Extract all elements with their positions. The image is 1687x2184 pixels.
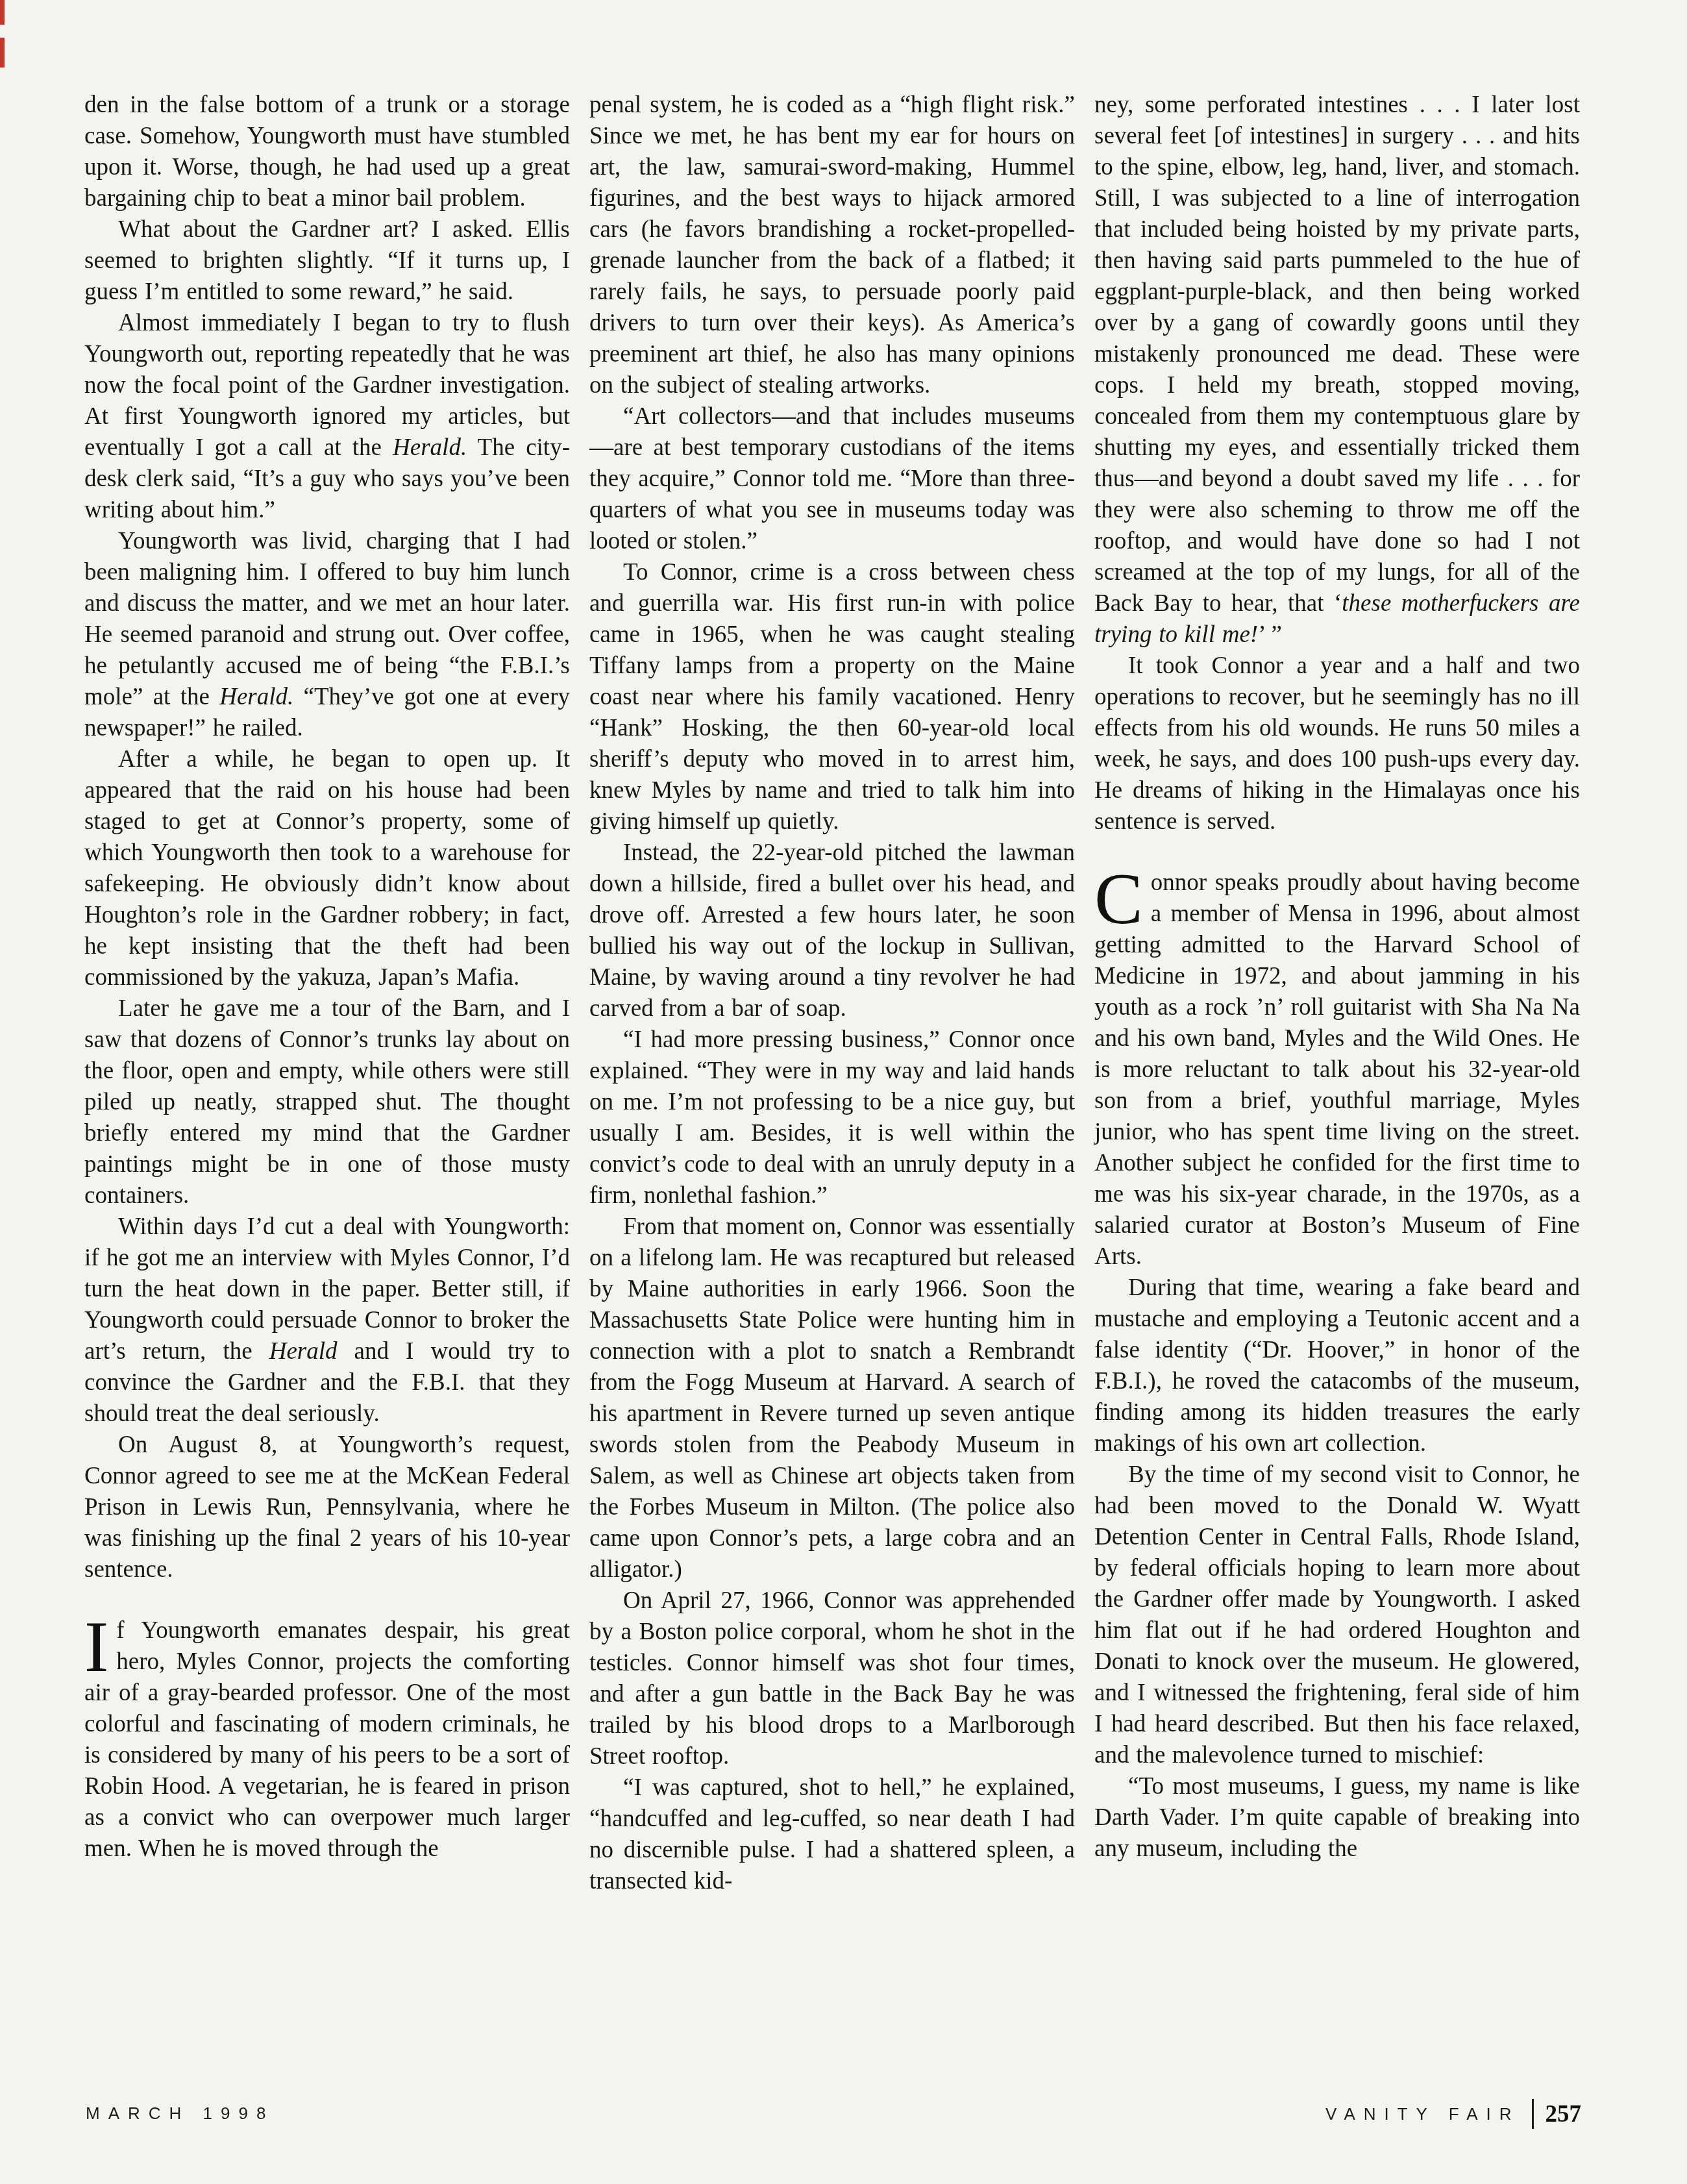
- footer-folio: VANITY FAIR 257: [1325, 2096, 1581, 2132]
- text-column-2: penal system, he is coded as a “high fli…: [589, 90, 1075, 1897]
- footer-brand: VANITY FAIR: [1325, 2104, 1524, 2124]
- footer-issue-date: MARCH 1998: [86, 2103, 274, 2124]
- magazine-page: den in the false bottom of a trunk or a …: [0, 0, 1687, 2184]
- paragraph: den in the false bottom of a trunk or a …: [84, 90, 570, 214]
- paragraph: By the time of my second visit to Connor…: [1094, 1459, 1580, 1771]
- paragraph: Instead, the 22-year-old pitched the law…: [589, 838, 1075, 1024]
- scan-artifact-red-mark: [0, 38, 5, 68]
- paragraph-dropcap: Connor speaks proudly about having becom…: [1094, 867, 1580, 1272]
- paragraph: On April 27, 1966, Connor was apprehende…: [589, 1585, 1075, 1772]
- scan-artifact-red-mark: [0, 0, 5, 25]
- article-body: den in the false bottom of a trunk or a …: [84, 90, 1580, 1897]
- paragraph: “I was captured, shot to hell,” he expla…: [589, 1772, 1075, 1897]
- paragraph: To Connor, crime is a cross between ches…: [589, 557, 1075, 838]
- footer-divider: [1532, 2099, 1534, 2129]
- paragraph: It took Connor a year and a half and two…: [1094, 651, 1580, 838]
- paragraph: ney, some perforated intestines . . . I …: [1094, 90, 1580, 651]
- paragraph: Almost immediately I began to try to flu…: [84, 308, 570, 526]
- paragraph: From that moment on, Connor was essentia…: [589, 1211, 1075, 1585]
- paragraph: Later he gave me a tour of the Barn, and…: [84, 993, 570, 1211]
- paragraph-dropcap: If Youngworth emanates despair, his grea…: [84, 1615, 570, 1865]
- paragraph: What about the Gardner art? I asked. Ell…: [84, 214, 570, 308]
- paragraph: On August 8, at Youngworth’s request, Co…: [84, 1430, 570, 1585]
- text-column-3: ney, some perforated intestines . . . I …: [1094, 90, 1580, 1897]
- paragraph: penal system, he is coded as a “high fli…: [589, 90, 1075, 401]
- paragraph: During that time, wearing a fake beard a…: [1094, 1272, 1580, 1459]
- text-column-1: den in the false bottom of a trunk or a …: [84, 90, 570, 1897]
- footer-page-number: 257: [1545, 2100, 1582, 2128]
- paragraph: “To most museums, I guess, my name is li…: [1094, 1771, 1580, 1865]
- paragraph: “I had more pressing business,” Connor o…: [589, 1024, 1075, 1211]
- paragraph: Within days I’d cut a deal with Youngwor…: [84, 1211, 570, 1430]
- paragraph: After a while, he began to open up. It a…: [84, 744, 570, 993]
- paragraph: “Art collectors—and that includes museum…: [589, 401, 1075, 557]
- paragraph: Youngworth was livid, charging that I ha…: [84, 526, 570, 744]
